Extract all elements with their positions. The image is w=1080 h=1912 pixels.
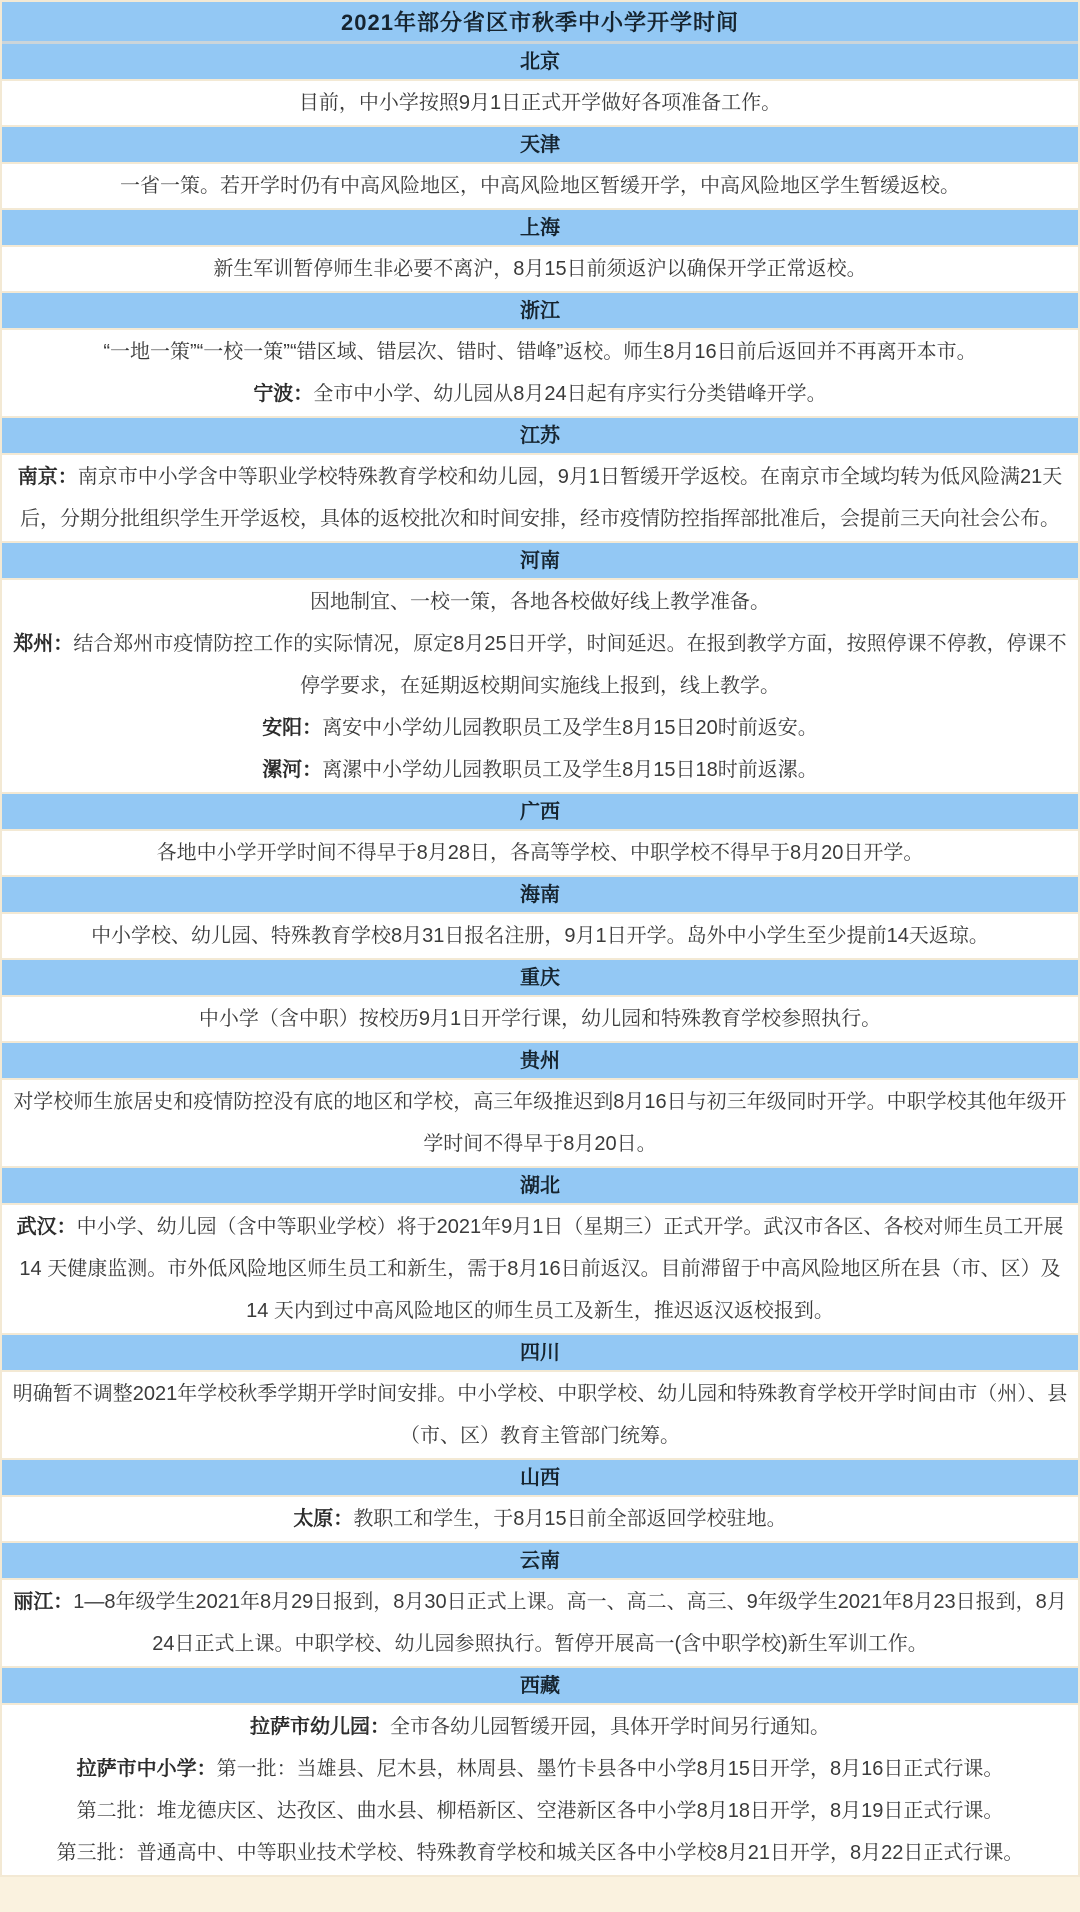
paragraph-text: 一省一策。若开学时仍有中高风险地区，中高风险地区暂缓开学，中高风险地区学生暂缓返… [120,175,960,197]
content-paragraph: “一地一策”“一校一策”“错区域、错层次、错时、错峰”返校。师生8月16日前后返… [10,331,1070,373]
region-header: 重庆 [2,960,1078,997]
school-opening-table: 2021年部分省区市秋季中小学开学时间 北京目前，中小学按照9月1日正式开学做好… [0,0,1080,1877]
content-paragraph: 太原：教职工和学生，于8月15日前全部返回学校驻地。 [10,1498,1070,1540]
content-paragraph: 明确暂不调整2021年学校秋季学期开学时间安排。中小学校、中职学校、幼儿园和特殊… [10,1373,1070,1457]
region-header: 山西 [2,1460,1078,1497]
region-content: 新生军训暂停师生非必要不离沪，8月15日前须返沪以确保开学正常返校。 [2,247,1078,293]
paragraph-text: 离安中小学幼儿园教职员工及学生8月15日20时前返安。 [322,717,818,739]
content-paragraph: 漯河：离漯中小学幼儿园教职员工及学生8月15日18时前返漯。 [10,749,1070,791]
content-paragraph: 中小学（含中职）按校历9月1日开学行课，幼儿园和特殊教育学校参照执行。 [10,998,1070,1040]
region-content: 南京：南京市中小学含中等职业学校特殊教育学校和幼儿园，9月1日暂缓开学返校。在南… [2,455,1078,543]
city-label: 丽江： [13,1591,73,1613]
paragraph-text: 第二批：堆龙德庆区、达孜区、曲水县、柳梧新区、空港新区各中小学8月18日开学，8… [77,1800,1004,1822]
region-header: 河南 [2,543,1078,580]
paragraph-text: 结合郑州市疫情防控工作的实际情况，原定8月25日开学，时间延迟。在报到教学方面，… [73,633,1066,697]
content-paragraph: 拉萨市幼儿园：全市各幼儿园暂缓开园，具体开学时间另行通知。 [10,1706,1070,1748]
city-label: 拉萨市中小学： [77,1758,217,1780]
city-label: 南京： [18,466,78,488]
city-label: 郑州： [13,633,73,655]
content-paragraph: 武汉：中小学、幼儿园（含中等职业学校）将于2021年9月1日（星期三）正式开学。… [10,1206,1070,1332]
paragraph-text: 各地中小学开学时间不得早于8月28日，各高等学校、中职学校不得早于8月20日开学… [157,842,924,864]
content-paragraph: 第三批：普通高中、中等职业技术学校、特殊教育学校和城关区各中小学校8月21日开学… [10,1832,1070,1874]
city-label: 宁波： [253,383,313,405]
content-paragraph: 南京：南京市中小学含中等职业学校特殊教育学校和幼儿园，9月1日暂缓开学返校。在南… [10,456,1070,540]
region-content: 丽江：1—8年级学生2021年8月29日报到，8月30日正式上课。高一、高二、高… [2,1580,1078,1668]
paragraph-text: 新生军训暂停师生非必要不离沪，8月15日前须返沪以确保开学正常返校。 [213,258,866,280]
region-header: 上海 [2,210,1078,247]
content-paragraph: 宁波：全市中小学、幼儿园从8月24日起有序实行分类错峰开学。 [10,373,1070,415]
paragraph-text: 1—8年级学生2021年8月29日报到，8月30日正式上课。高一、高二、高三、9… [73,1591,1067,1655]
region-header: 江苏 [2,418,1078,455]
region-header: 天津 [2,127,1078,164]
paragraph-text: 第三批：普通高中、中等职业技术学校、特殊教育学校和城关区各中小学校8月21日开学… [57,1842,1024,1864]
region-header: 西藏 [2,1668,1078,1705]
paragraph-text: 第一批：当雄县、尼木县，林周县、墨竹卡县各中小学8月15日开学，8月16日正式行… [217,1758,1004,1780]
content-paragraph: 新生军训暂停师生非必要不离沪，8月15日前须返沪以确保开学正常返校。 [10,248,1070,290]
paragraph-text: 因地制宜、一校一策，各地各校做好线上教学准备。 [310,591,770,613]
paragraph-text: 对学校师生旅居史和疫情防控没有底的地区和学校，高三年级推迟到8月16日与初三年级… [13,1091,1066,1155]
city-label: 漯河： [262,759,322,781]
region-content: 中小学校、幼儿园、特殊教育学校8月31日报名注册，9月1日开学。岛外中小学生至少… [2,914,1078,960]
city-label: 武汉： [17,1216,77,1238]
paragraph-text: 南京市中小学含中等职业学校特殊教育学校和幼儿园，9月1日暂缓开学返校。在南京市全… [20,466,1062,530]
paragraph-text: “一地一策”“一校一策”“错区域、错层次、错时、错峰”返校。师生8月16日前后返… [103,341,976,363]
region-header: 浙江 [2,293,1078,330]
content-paragraph: 因地制宜、一校一策，各地各校做好线上教学准备。 [10,581,1070,623]
region-content: 因地制宜、一校一策，各地各校做好线上教学准备。郑州：结合郑州市疫情防控工作的实际… [2,580,1078,794]
city-label: 安阳： [262,717,322,739]
paragraph-text: 中小学（含中职）按校历9月1日开学行课，幼儿园和特殊教育学校参照执行。 [199,1008,881,1030]
content-paragraph: 中小学校、幼儿园、特殊教育学校8月31日报名注册，9月1日开学。岛外中小学生至少… [10,915,1070,957]
city-label: 太原： [293,1508,353,1530]
content-paragraph: 丽江：1—8年级学生2021年8月29日报到，8月30日正式上课。高一、高二、高… [10,1581,1070,1665]
region-content: 太原：教职工和学生，于8月15日前全部返回学校驻地。 [2,1497,1078,1543]
region-content: 各地中小学开学时间不得早于8月28日，各高等学校、中职学校不得早于8月20日开学… [2,831,1078,877]
paragraph-text: 全市中小学、幼儿园从8月24日起有序实行分类错峰开学。 [313,383,826,405]
content-paragraph: 一省一策。若开学时仍有中高风险地区，中高风险地区暂缓开学，中高风险地区学生暂缓返… [10,165,1070,207]
content-paragraph: 各地中小学开学时间不得早于8月28日，各高等学校、中职学校不得早于8月20日开学… [10,832,1070,874]
region-header: 北京 [2,44,1078,81]
paragraph-text: 教职工和学生，于8月15日前全部返回学校驻地。 [353,1508,786,1530]
region-header: 广西 [2,794,1078,831]
region-header: 贵州 [2,1043,1078,1080]
region-header: 云南 [2,1543,1078,1580]
region-content: 目前，中小学按照9月1日正式开学做好各项准备工作。 [2,81,1078,127]
content-paragraph: 郑州：结合郑州市疫情防控工作的实际情况，原定8月25日开学，时间延迟。在报到教学… [10,623,1070,707]
content-paragraph: 拉萨市中小学：第一批：当雄县、尼木县，林周县、墨竹卡县各中小学8月15日开学，8… [10,1748,1070,1790]
region-content: “一地一策”“一校一策”“错区域、错层次、错时、错峰”返校。师生8月16日前后返… [2,330,1078,418]
content-paragraph: 对学校师生旅居史和疫情防控没有底的地区和学校，高三年级推迟到8月16日与初三年级… [10,1081,1070,1165]
region-content: 中小学（含中职）按校历9月1日开学行课，幼儿园和特殊教育学校参照执行。 [2,997,1078,1043]
content-paragraph: 安阳：离安中小学幼儿园教职员工及学生8月15日20时前返安。 [10,707,1070,749]
region-rows: 北京目前，中小学按照9月1日正式开学做好各项准备工作。天津一省一策。若开学时仍有… [2,44,1078,1877]
region-content: 拉萨市幼儿园：全市各幼儿园暂缓开园，具体开学时间另行通知。拉萨市中小学：第一批：… [2,1705,1078,1877]
region-content: 一省一策。若开学时仍有中高风险地区，中高风险地区暂缓开学，中高风险地区学生暂缓返… [2,164,1078,210]
paragraph-text: 全市各幼儿园暂缓开园，具体开学时间另行通知。 [390,1716,830,1738]
region-header: 海南 [2,877,1078,914]
region-header: 湖北 [2,1168,1078,1205]
content-paragraph: 目前，中小学按照9月1日正式开学做好各项准备工作。 [10,82,1070,124]
region-content: 武汉：中小学、幼儿园（含中等职业学校）将于2021年9月1日（星期三）正式开学。… [2,1205,1078,1335]
paragraph-text: 中小学校、幼儿园、特殊教育学校8月31日报名注册，9月1日开学。岛外中小学生至少… [91,925,989,947]
content-paragraph: 第二批：堆龙德庆区、达孜区、曲水县、柳梧新区、空港新区各中小学8月18日开学，8… [10,1790,1070,1832]
paragraph-text: 离漯中小学幼儿园教职员工及学生8月15日18时前返漯。 [322,759,818,781]
page-title: 2021年部分省区市秋季中小学开学时间 [2,2,1078,44]
region-content: 明确暂不调整2021年学校秋季学期开学时间安排。中小学校、中职学校、幼儿园和特殊… [2,1372,1078,1460]
city-label: 拉萨市幼儿园： [250,1716,390,1738]
paragraph-text: 目前，中小学按照9月1日正式开学做好各项准备工作。 [299,92,781,114]
region-header: 四川 [2,1335,1078,1372]
paragraph-text: 明确暂不调整2021年学校秋季学期开学时间安排。中小学校、中职学校、幼儿园和特殊… [13,1383,1068,1447]
region-content: 对学校师生旅居史和疫情防控没有底的地区和学校，高三年级推迟到8月16日与初三年级… [2,1080,1078,1168]
paragraph-text: 中小学、幼儿园（含中等职业学校）将于2021年9月1日（星期三）正式开学。武汉市… [19,1216,1063,1322]
